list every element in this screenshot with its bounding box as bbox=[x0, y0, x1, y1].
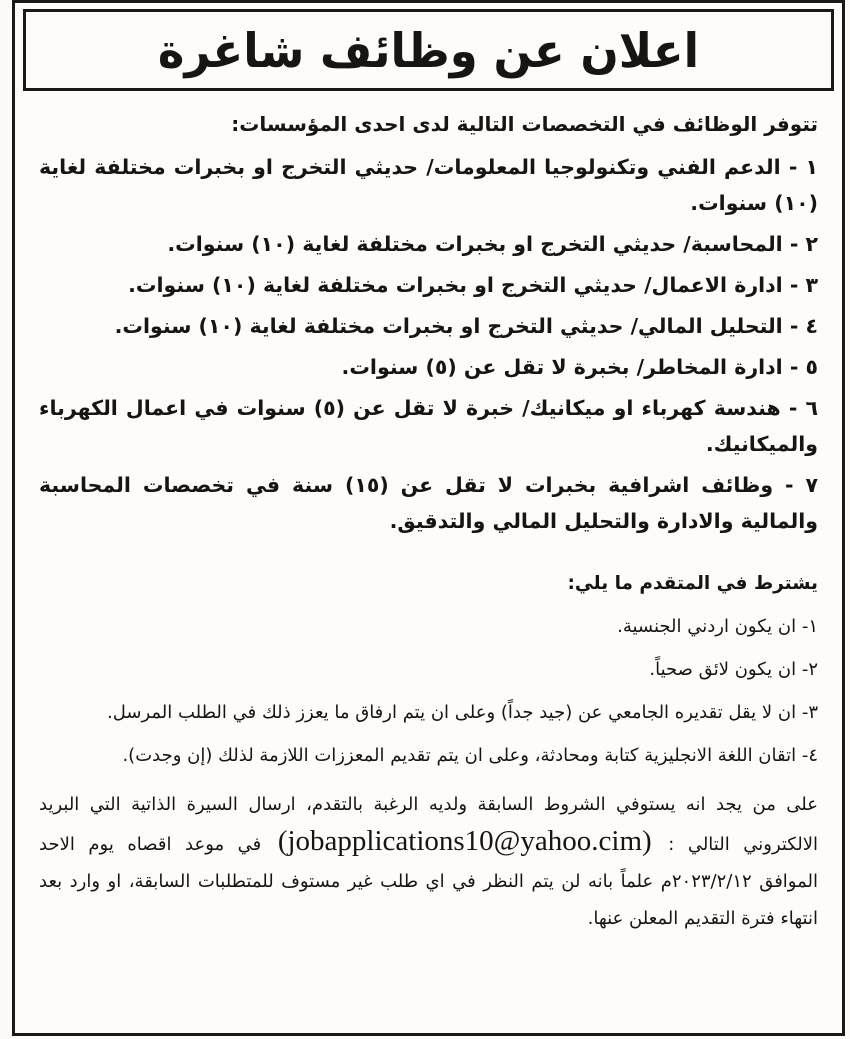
job-item-4: ٤ - التحليل المالي/ حديثي التخرج او بخبر… bbox=[39, 308, 818, 344]
ad-body: تتوفر الوظائف في التخصصات التالية لدى اح… bbox=[23, 91, 834, 937]
job-item-1: ١ - الدعم الفني وتكنولوجيا المعلومات/ حد… bbox=[39, 149, 818, 221]
job-item-2: ٢ - المحاسبة/ حديثي التخرج او بخبرات مخت… bbox=[39, 226, 818, 262]
jobs-list: ١ - الدعم الفني وتكنولوجيا المعلومات/ حد… bbox=[39, 149, 818, 539]
requirement-item-1: ١- ان يكون اردني الجنسية. bbox=[39, 609, 818, 645]
requirement-item-3: ٣- ان لا يقل تقديره الجامعي عن (جيد جداً… bbox=[39, 695, 818, 731]
closing-paragraph: على من يجد انه يستوفي الشروط السابقة ولد… bbox=[39, 786, 818, 937]
requirement-item-4: ٤- اتقان اللغة الانجليزية كتابة ومحادثة،… bbox=[39, 738, 818, 774]
job-item-5: ٥ - ادارة المخاطر/ بخبرة لا تقل عن (٥) س… bbox=[39, 349, 818, 385]
application-email: (jobapplications10@yahoo.cim) bbox=[275, 825, 655, 857]
intro-line: تتوفر الوظائف في التخصصات التالية لدى اح… bbox=[39, 107, 818, 141]
job-item-6: ٦ - هندسة كهرباء او ميكانيك/ خبرة لا تقل… bbox=[39, 390, 818, 462]
requirements-heading: يشترط في المتقدم ما يلي: bbox=[39, 569, 818, 599]
requirements-list: ١- ان يكون اردني الجنسية. ٢- ان يكون لائ… bbox=[39, 609, 818, 774]
job-item-3: ٣ - ادارة الاعمال/ حديثي التخرج او بخبرا… bbox=[39, 267, 818, 303]
ad-title: اعلان عن وظائف شاغرة bbox=[158, 22, 699, 78]
ad-border-frame: اعلان عن وظائف شاغرة تتوفر الوظائف في ال… bbox=[12, 0, 845, 1036]
job-item-7: ٧ - وظائف اشرافية بخبرات لا تقل عن (١٥) … bbox=[39, 467, 818, 539]
requirement-item-2: ٢- ان يكون لائق صحياً. bbox=[39, 652, 818, 688]
ad-title-box: اعلان عن وظائف شاغرة bbox=[23, 9, 834, 91]
